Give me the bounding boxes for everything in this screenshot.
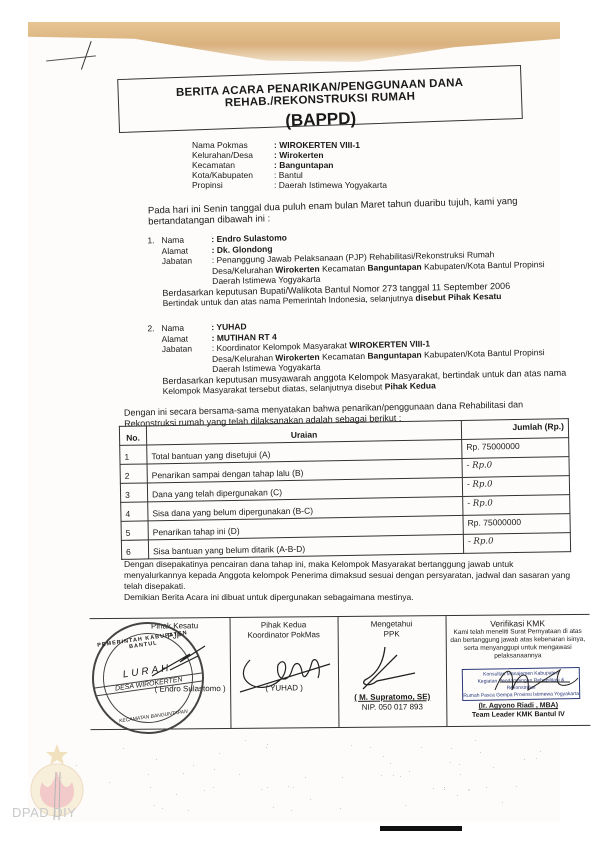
scan-speck <box>475 740 476 741</box>
scan-speck <box>267 787 268 788</box>
scan-speck <box>421 747 422 748</box>
scan-speck <box>288 786 289 787</box>
scan-speck <box>61 777 62 778</box>
scan-speck <box>536 758 537 759</box>
scan-speck <box>516 786 517 787</box>
scan-speck <box>493 767 494 768</box>
scan-speck <box>444 787 445 788</box>
closing-paragraph: Dengan disepakatinya pencairan dana taha… <box>124 559 574 603</box>
scan-speck <box>150 787 151 788</box>
signatory-nip: NIP. 050 017 893 <box>338 702 446 713</box>
scan-speck <box>409 771 410 772</box>
row-jumlah: - Rp.0 <box>462 476 569 497</box>
scan-speck <box>291 810 292 811</box>
scan-speck <box>451 748 452 749</box>
scan-speck <box>400 776 401 777</box>
scan-speck <box>383 756 384 757</box>
row-jumlah: - Rp.0 <box>462 457 569 478</box>
scan-speck <box>156 759 157 760</box>
scan-speck <box>204 790 205 791</box>
header-no: No. <box>119 426 146 445</box>
scan-speck <box>176 794 177 795</box>
scan-speck <box>154 805 155 806</box>
scan-speck <box>193 765 194 766</box>
scan-speck <box>245 740 246 741</box>
pokmas-info: Nama Pokmas: WIROKERTEN VIII-1 Kelurahan… <box>192 140 387 190</box>
scan-speck <box>502 802 503 803</box>
row-no: 3 <box>120 483 147 502</box>
row-jumlah: - Rp.0 <box>463 495 570 516</box>
scan-speck <box>273 807 274 808</box>
scan-speck <box>405 805 406 806</box>
scan-speck <box>460 774 461 775</box>
scan-speck <box>219 753 220 754</box>
party-two: 2.Nama: YUHAD Alamat: MUTIHAN RT 4 Jabat… <box>147 315 568 397</box>
scan-speck <box>381 775 382 776</box>
scan-speck <box>267 744 268 745</box>
scan-speck <box>390 763 391 764</box>
scan-speck <box>239 774 240 775</box>
row-no: 2 <box>120 464 147 483</box>
party-one: 1.Nama: Endro Sulastomo Alamat: Dk. Glon… <box>147 227 568 309</box>
info-row: Propinsi: Daerah Istimewa Yogyakarta <box>192 180 387 190</box>
signature-pihak-kedua: Pihak Kedua Koordinator PokMas ( YUHAD ) <box>230 617 340 728</box>
row-jumlah: Rp. 75000000 <box>462 438 569 459</box>
scan-speck <box>266 747 267 748</box>
scan-speck <box>310 799 311 800</box>
watermark-text: DPAD DIY <box>12 805 76 820</box>
scan-speck <box>261 789 262 790</box>
header-jumlah: Jumlah (Rp.) <box>461 419 568 440</box>
info-row: Nama Pokmas: WIROKERTEN VIII-1 <box>192 140 387 150</box>
scan-speck <box>305 777 306 778</box>
scan-speck <box>188 810 189 811</box>
scan-speck <box>370 747 371 748</box>
scan-speck <box>444 789 445 790</box>
row-no: 6 <box>121 540 148 559</box>
row-jumlah: Rp. 75000000 <box>463 514 570 535</box>
scan-speck <box>486 787 487 788</box>
scan-speck <box>340 808 341 809</box>
scan-speck <box>213 787 214 788</box>
scan-speck <box>76 765 77 766</box>
scan-speck <box>459 764 460 765</box>
scan-speck <box>293 787 294 788</box>
footer-redaction-bar <box>380 826 462 831</box>
scan-speck <box>123 748 124 749</box>
info-row: Kelurahan/Desa: Wirokerten <box>192 150 387 160</box>
scan-speck <box>109 782 110 783</box>
info-row: Kecamatan: Banguntapan <box>192 160 387 170</box>
row-no: 1 <box>120 445 147 464</box>
scan-speck <box>183 773 184 774</box>
row-jumlah: - Rp.0 <box>463 533 570 554</box>
scan-speck <box>457 795 458 796</box>
disbursement-table: No. Uraian Jumlah (Rp.) 1Total bantuan y… <box>119 418 571 560</box>
info-row: Kota/Kabupaten: Bantul <box>192 170 387 180</box>
scan-speck <box>214 769 215 770</box>
scan-speck <box>351 745 352 746</box>
scan-speck <box>480 752 481 753</box>
signatory-name: ( YUHAD ) <box>230 683 338 694</box>
scan-speck <box>524 759 525 760</box>
row-no: 4 <box>121 502 148 521</box>
scan-speck <box>469 790 470 791</box>
scan-speck <box>148 774 149 775</box>
row-no: 5 <box>121 521 148 540</box>
scan-speck <box>393 775 394 776</box>
scan-speck <box>433 788 434 789</box>
scan-speck <box>540 751 541 752</box>
signature-mengetahui: Mengetahui PPK ( M. Supratomo, SE) NIP. … <box>338 616 448 727</box>
scan-speck <box>450 762 451 763</box>
kmk-stamp: Konsultan Manajemen Kabupaten Kegiatan P… <box>462 667 581 701</box>
scan-speck <box>162 808 163 809</box>
scan-speck <box>342 777 343 778</box>
